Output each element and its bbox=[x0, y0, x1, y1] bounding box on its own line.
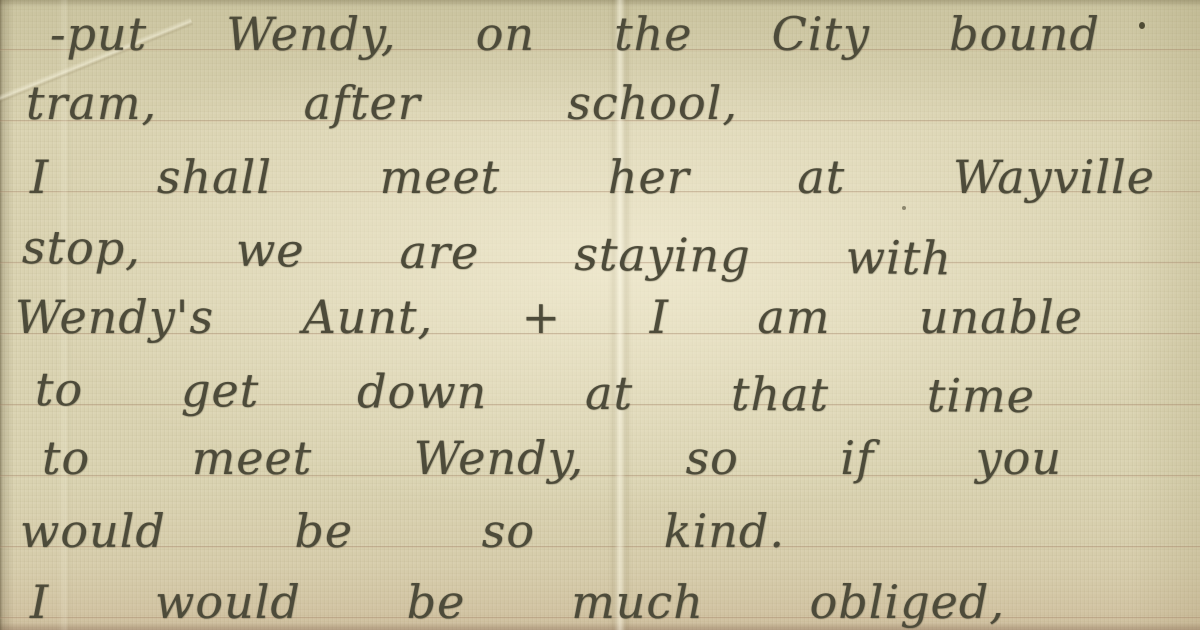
word: so bbox=[482, 505, 535, 563]
word: + bbox=[522, 291, 562, 349]
handwritten-line-9: Iwouldbemuchobliged, bbox=[30, 576, 1005, 630]
word: so bbox=[686, 432, 739, 490]
word: are bbox=[399, 226, 479, 285]
word: kind. bbox=[664, 505, 785, 563]
word: down bbox=[357, 365, 488, 424]
word: Aunt, bbox=[303, 291, 434, 349]
letter-page: -putWendy,ontheCitybound tram,afterschoo… bbox=[0, 0, 1200, 630]
word: to bbox=[35, 363, 84, 421]
word: -put bbox=[50, 8, 147, 66]
word: if bbox=[840, 432, 874, 490]
word: Wendy, bbox=[226, 8, 396, 66]
word: shall bbox=[157, 151, 272, 209]
word: unable bbox=[919, 291, 1083, 349]
word: stop, bbox=[22, 221, 142, 280]
word: Wayville bbox=[953, 151, 1155, 209]
word: obliged, bbox=[810, 576, 1005, 630]
word: bound bbox=[949, 8, 1100, 66]
word: the bbox=[614, 8, 692, 66]
word: at bbox=[585, 367, 633, 425]
word: that bbox=[731, 368, 829, 427]
handwritten-line-6: togetdownatthattime bbox=[35, 363, 1035, 428]
word: be bbox=[407, 576, 466, 630]
handwritten-line-4: stop,wearestayingwith bbox=[22, 221, 953, 290]
word: I bbox=[30, 576, 49, 630]
word: meet bbox=[192, 432, 313, 490]
handwritten-line-1: -putWendy,ontheCitybound bbox=[50, 8, 1100, 66]
word: would bbox=[20, 505, 166, 563]
word: you bbox=[976, 432, 1062, 490]
word: we bbox=[236, 224, 305, 283]
word: am bbox=[757, 291, 830, 349]
paper-speck bbox=[1139, 22, 1145, 29]
word: time bbox=[927, 369, 1035, 428]
word: Wendy, bbox=[414, 432, 584, 490]
word: on bbox=[476, 8, 535, 66]
word: her bbox=[608, 151, 690, 209]
handwritten-line-8: wouldbesokind. bbox=[20, 505, 785, 563]
word: be bbox=[294, 505, 353, 563]
word: with bbox=[845, 231, 952, 290]
word: to bbox=[42, 432, 90, 490]
word: staying bbox=[574, 228, 751, 288]
handwritten-line-7: tomeetWendy,soifyou bbox=[42, 432, 1062, 490]
word: I bbox=[30, 151, 49, 209]
word: would bbox=[155, 576, 301, 630]
word: at bbox=[797, 151, 845, 209]
handwritten-line-3: IshallmeetheratWayville bbox=[30, 151, 1155, 209]
word: I bbox=[650, 291, 669, 349]
handwritten-line-2: tram,afterschool, bbox=[26, 77, 738, 135]
word: tram, bbox=[26, 77, 157, 135]
word: meet bbox=[380, 151, 501, 209]
word: after bbox=[304, 77, 421, 135]
handwritten-line-5: Wendy'sAunt,+Iamunable bbox=[15, 291, 1083, 349]
word: Wendy's bbox=[15, 291, 214, 349]
word: get bbox=[181, 364, 260, 423]
word: City bbox=[772, 8, 870, 66]
word: school, bbox=[567, 77, 738, 135]
word: much bbox=[571, 576, 704, 630]
